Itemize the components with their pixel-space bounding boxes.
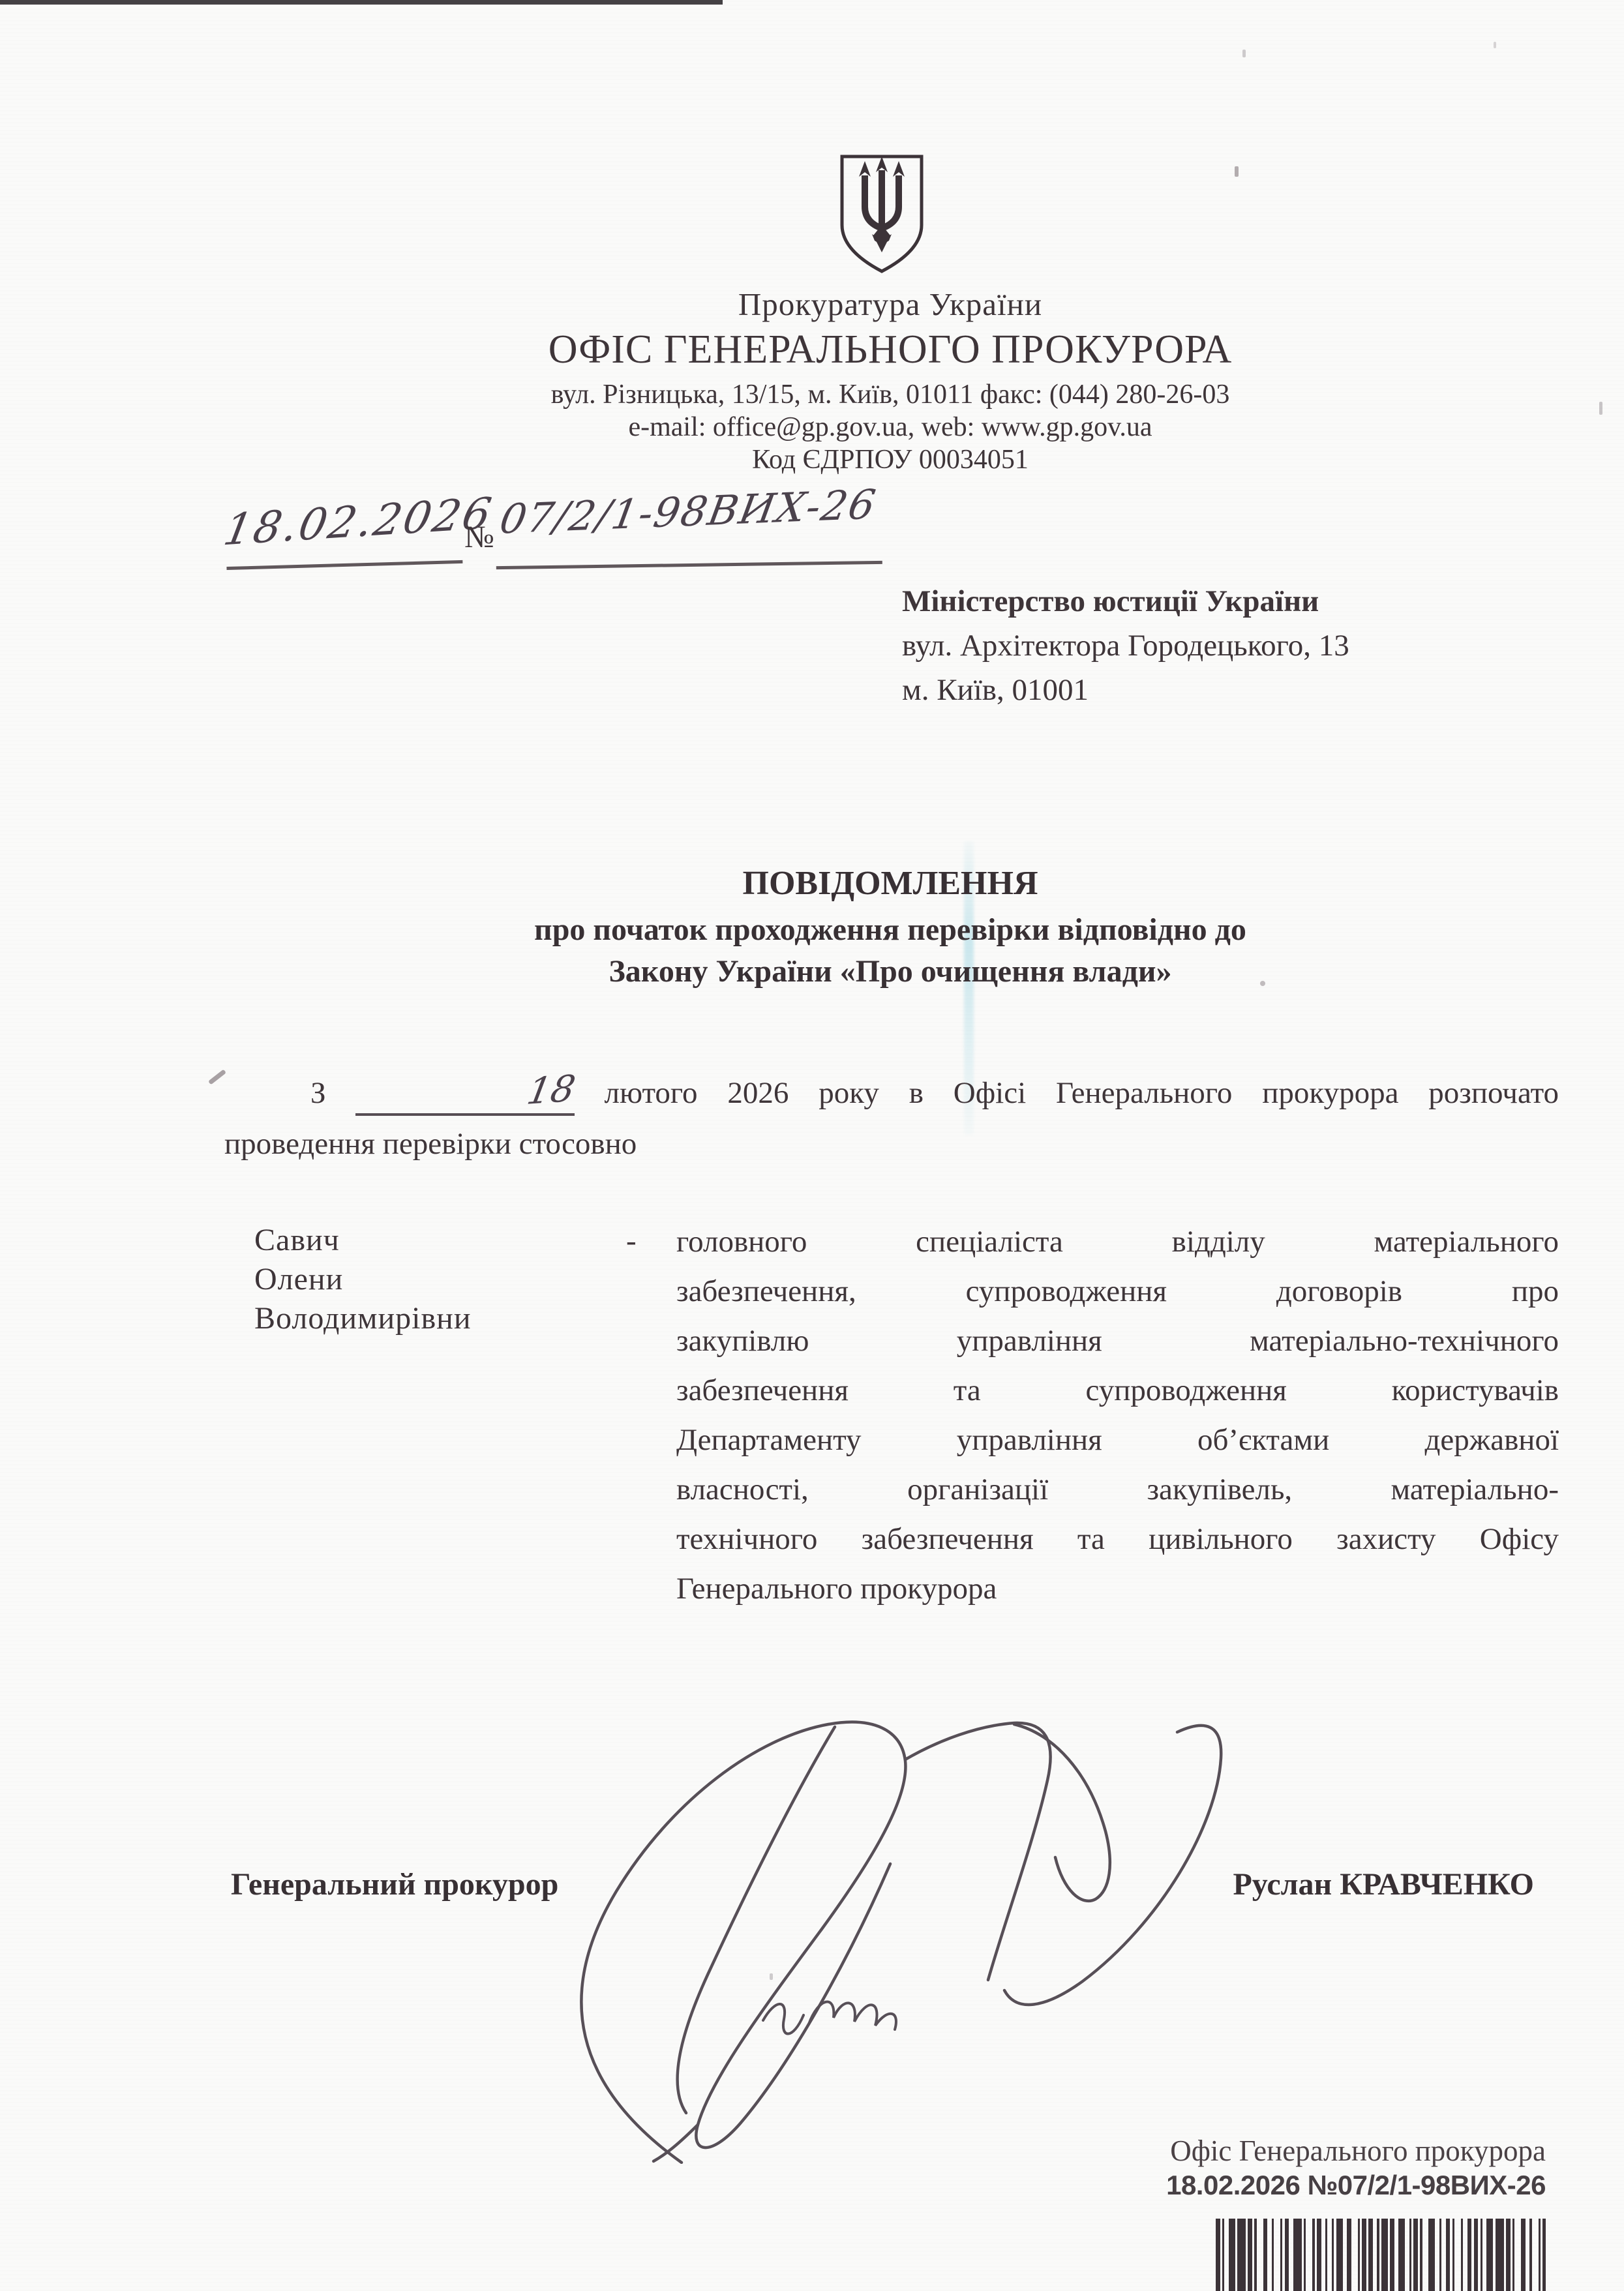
footer-org-name: Офіс Генерального прокурора <box>1089 2134 1546 2168</box>
signer-name: Руслан КРАВЧЕНКО <box>1233 1866 1534 1902</box>
barcode <box>1216 2219 1546 2291</box>
subject-dash: - <box>626 1223 637 1259</box>
document-title: ПОВІДОМЛЕННЯ <box>222 863 1559 904</box>
recipient-block: Міністерство юстиції України вул. Архіте… <box>902 579 1349 712</box>
org-edrpou-line: Код ЄДРПОУ 00034051 <box>222 443 1559 476</box>
description-line: закупівлю управління матеріально-технічн… <box>676 1323 1559 1372</box>
subject-position-description: головного спеціаліста відділу матеріальн… <box>676 1223 1559 1620</box>
number-sign: № <box>464 519 494 555</box>
document-title-block: ПОВІДОМЛЕННЯ про початок проходження пер… <box>222 863 1559 993</box>
org-name-main: ОФІС ГЕНЕРАЛЬНОГО ПРОКУРОРА <box>222 325 1559 374</box>
scan-artifact-margin-mark <box>208 1070 226 1085</box>
description-line: власності, організації закупівель, матер… <box>676 1471 1559 1521</box>
ukraine-trident-emblem-icon <box>836 152 927 276</box>
handwritten-day: 18 <box>437 1069 579 1118</box>
description-line: головного спеціаліста відділу матеріальн… <box>676 1223 1559 1273</box>
document-subtitle-2: Закону України «Про очищення влади» <box>222 951 1559 993</box>
scan-speck <box>1235 166 1239 177</box>
handwritten-date-field: 18.02.2026 <box>225 494 463 570</box>
subject-firstname: Олени <box>254 1260 472 1299</box>
description-line: технічного забезпечення та цивільного за… <box>676 1521 1559 1570</box>
handwritten-date: 18.02.2026 <box>220 488 497 555</box>
footer-reg-number: 18.02.2026 №07/2/1-98ВИХ-26 <box>1089 2168 1546 2203</box>
subject-surname: Савич <box>254 1221 472 1260</box>
scan-artifact-top-edge <box>0 0 723 5</box>
recipient-street: вул. Архітектора Городецького, 13 <box>902 623 1349 668</box>
subject-name-column: Савич Олени Володимирівни <box>254 1221 472 1338</box>
intro-paragraph: З 18 лютого 2026 року в Офісі Генерально… <box>224 1071 1559 1164</box>
description-line: Генерального прокурора <box>676 1570 1559 1620</box>
org-contact-line: e-mail: office@gp.gov.ua, web: www.gp.go… <box>222 411 1559 443</box>
recipient-city: м. Київ, 01001 <box>902 668 1349 712</box>
subject-patronymic: Володимирівни <box>254 1299 472 1338</box>
recipient-name: Міністерство юстиції України <box>902 579 1349 623</box>
handwritten-signature <box>483 1714 1239 2164</box>
scan-speck <box>1599 402 1602 415</box>
description-line: забезпечення та супроводження користувач… <box>676 1372 1559 1422</box>
footer-stamp-block: Офіс Генерального прокурора 18.02.2026 №… <box>1089 2134 1546 2291</box>
intro-line-1: З 18 лютого 2026 року в Офісі Генерально… <box>224 1071 1559 1116</box>
handwritten-day-blank: 18 <box>355 1071 574 1116</box>
scan-speck <box>1242 50 1246 57</box>
handwritten-number: 07/2/1-98ВИХ-26 <box>496 480 880 543</box>
org-address-line: вул. Різницька, 13/15, м. Київ, 01011 фа… <box>222 378 1559 411</box>
description-line: забезпечення, супроводження договорів пр… <box>676 1273 1559 1323</box>
scanned-letter-page: Прокуратура України ОФІС ГЕНЕРАЛЬНОГО ПР… <box>0 0 1624 2291</box>
handwritten-number-field: 07/2/1-98ВИХ-26 <box>495 485 882 569</box>
letterhead: Прокуратура України ОФІС ГЕНЕРАЛЬНОГО ПР… <box>222 286 1559 476</box>
org-name-small: Прокуратура України <box>222 286 1559 323</box>
description-line: Департаменту управління об’єктами держав… <box>676 1422 1559 1471</box>
scan-speck <box>1494 42 1496 48</box>
intro-line-2: проведення перевірки стосовно <box>224 1124 1559 1164</box>
document-subtitle-1: про початок проходження перевірки відпов… <box>222 909 1559 951</box>
